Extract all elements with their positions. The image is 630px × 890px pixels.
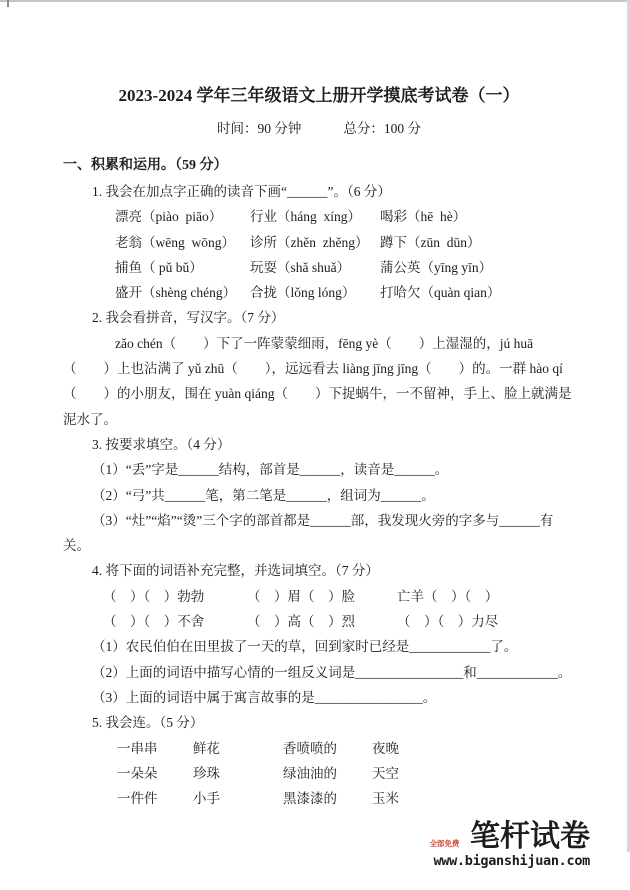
exam-total-score: 总分：100 分 xyxy=(343,121,421,136)
word-completion: （ ）（ ）不舍 xyxy=(103,609,247,634)
matching-item: 鲜花 xyxy=(193,736,283,761)
matching-item: 香喷喷的 xyxy=(283,736,372,761)
pinyin-choice: 喝彩（hē hè） xyxy=(380,204,466,229)
pinyin-choice: 合拢（lǒng lóng） xyxy=(250,280,380,305)
site-watermark: 全部免费 笔杆试卷 www.biganshijuan.com xyxy=(433,821,590,870)
question-1-label: 1. 我会在加点字正确的读音下画“______”。（6 分） xyxy=(63,179,575,204)
exam-meta: 时间：90 分钟总分：100 分 xyxy=(63,116,575,141)
matching-item: 一件件 xyxy=(117,786,193,811)
pinyin-choice: 蹲下（zūn dūn） xyxy=(380,230,481,255)
question-4-item-2: （2）上面的词语中描写心情的一组反义词是________________和___… xyxy=(63,660,575,685)
question-3-item-3: （3）“灶”“焰”“烫”三个字的部首都是______部，我发现火旁的字多与___… xyxy=(63,508,575,559)
free-badge: 全部免费 xyxy=(429,838,459,849)
matching-item: 珍珠 xyxy=(193,761,283,786)
word-completion: （ ）眉（ ）脸 xyxy=(247,584,397,609)
site-logo-text: 笔杆试卷 xyxy=(470,820,590,853)
question-5-label: 5. 我会连。（5 分） xyxy=(63,710,575,735)
matching-item: 天空 xyxy=(372,761,399,786)
scan-artifact-tick xyxy=(7,0,9,7)
word-completion: （ ）（ ）勃勃 xyxy=(103,584,247,609)
pinyin-choice: 打哈欠（quàn qian） xyxy=(380,280,500,305)
pinyin-row: 漂亮（piào piāo） 行业（háng xíng） 喝彩（hē hè） xyxy=(63,204,575,229)
pinyin-choice: 漂亮（piào piāo） xyxy=(115,204,250,229)
matching-item: 玉米 xyxy=(372,786,399,811)
question-3-item-2: （2）“弓”共______笔，第二笔是______，组词为______。 xyxy=(63,483,575,508)
matching-item: 绿油油的 xyxy=(283,761,372,786)
question-2-passage: zǎo chén（ ）下了一阵蒙蒙细雨，fēng yè（ ）上湿湿的，jú hu… xyxy=(63,331,575,432)
matching-row: 一件件 小手 黑漆漆的 玉米 xyxy=(63,786,575,811)
exam-title: 2023-2024 学年三年级语文上册开学摸底考试卷（一） xyxy=(63,84,575,108)
site-url: www.biganshijuan.com xyxy=(433,853,590,870)
pinyin-choice: 盛开（shèng chéng） xyxy=(115,280,250,305)
question-3-label: 3. 按要求填空。（4 分） xyxy=(63,432,575,457)
word-completion-row: （ ）（ ）勃勃 （ ）眉（ ）脸 亡羊（ ）（ ） xyxy=(63,584,575,609)
question-2-label: 2. 我会看拼音，写汉字。（7 分） xyxy=(63,305,575,330)
matching-item: 一朵朵 xyxy=(117,761,193,786)
word-completion: （ ）高（ ）烈 xyxy=(247,609,397,634)
pinyin-row: 盛开（shèng chéng） 合拢（lǒng lóng） 打哈欠（quàn q… xyxy=(63,280,575,305)
question-3-item-1: （1）“丢”字是______结构，部首是______，读音是______。 xyxy=(63,457,575,482)
word-completion-row: （ ）（ ）不舍 （ ）高（ ）烈 （ ）（ ）力尽 xyxy=(63,609,575,634)
pinyin-choice: 玩耍（shǎ shuǎ） xyxy=(250,255,380,280)
pinyin-row: 捕鱼（ pǔ bǔ） 玩耍（shǎ shuǎ） 蒲公英（yīng yīn） xyxy=(63,255,575,280)
question-4-label: 4. 将下面的词语补充完整，并选词填空。（7 分） xyxy=(63,558,575,583)
matching-row: 一朵朵 珍珠 绿油油的 天空 xyxy=(63,761,575,786)
page-top-edge xyxy=(0,0,630,2)
question-4-item-3: （3）上面的词语中属于寓言故事的是________________。 xyxy=(63,685,575,710)
pinyin-row: 老翁（wēng wōng） 诊所（zhěn zhěng） 蹲下（zūn dūn） xyxy=(63,230,575,255)
pinyin-choice: 行业（háng xíng） xyxy=(250,204,380,229)
word-completion: （ ）（ ）力尽 xyxy=(397,609,498,634)
pinyin-choice: 蒲公英（yīng yīn） xyxy=(380,255,492,280)
exam-time: 时间：90 分钟 xyxy=(217,121,301,136)
matching-row: 一串串 鲜花 香喷喷的 夜晚 xyxy=(63,736,575,761)
watermark-top: 全部免费 笔杆试卷 xyxy=(433,821,590,853)
pinyin-choice: 老翁（wēng wōng） xyxy=(115,230,250,255)
exam-page: 2023-2024 学年三年级语文上册开学摸底考试卷（一） 时间：90 分钟总分… xyxy=(0,0,630,811)
matching-item: 黑漆漆的 xyxy=(283,786,372,811)
matching-item: 夜晚 xyxy=(372,736,399,761)
pinyin-choice: 诊所（zhěn zhěng） xyxy=(250,230,380,255)
matching-item: 小手 xyxy=(193,786,283,811)
question-4-item-1: （1）农民伯伯在田里拔了一天的草，回到家时已经是____________了。 xyxy=(63,634,575,659)
pinyin-choice: 捕鱼（ pǔ bǔ） xyxy=(115,255,250,280)
section-1-heading: 一、积累和运用。（59 分） xyxy=(63,152,575,179)
word-completion: 亡羊（ ）（ ） xyxy=(397,584,498,609)
matching-item: 一串串 xyxy=(117,736,193,761)
